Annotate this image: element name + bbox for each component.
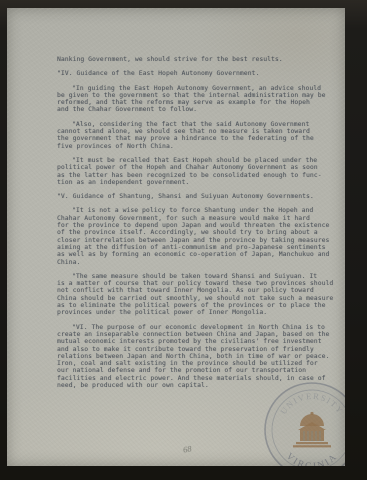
document-page: Nanking Government, we should strive for… [7,8,345,466]
typed-paragraph: "It is not a wise policy to force Shantu… [57,207,341,265]
continuation-line: Nanking Government, we should strive for… [57,56,341,63]
typed-paragraph: "The same measure should be taken toward… [57,273,341,317]
typed-paragraph: "In guiding the East Hopeh Autonomy Gove… [57,85,341,114]
typed-paragraph: "It must be recalled that East Hopeh sho… [57,157,341,186]
typed-text-block: Nanking Government, we should strive for… [57,56,341,396]
handwritten-page-number: 68 [182,443,192,454]
section-heading-v: "V. Guidance of Shantung, Shansi and Sui… [57,193,341,200]
university-of-virginia-stamp: UNIVERSITY VIRGINIA [257,375,345,466]
section-heading-iv: "IV. Guidance of the East Hopeh Autonomy… [57,70,341,77]
typed-paragraph: "Also, considering the fact that the sai… [57,121,341,150]
